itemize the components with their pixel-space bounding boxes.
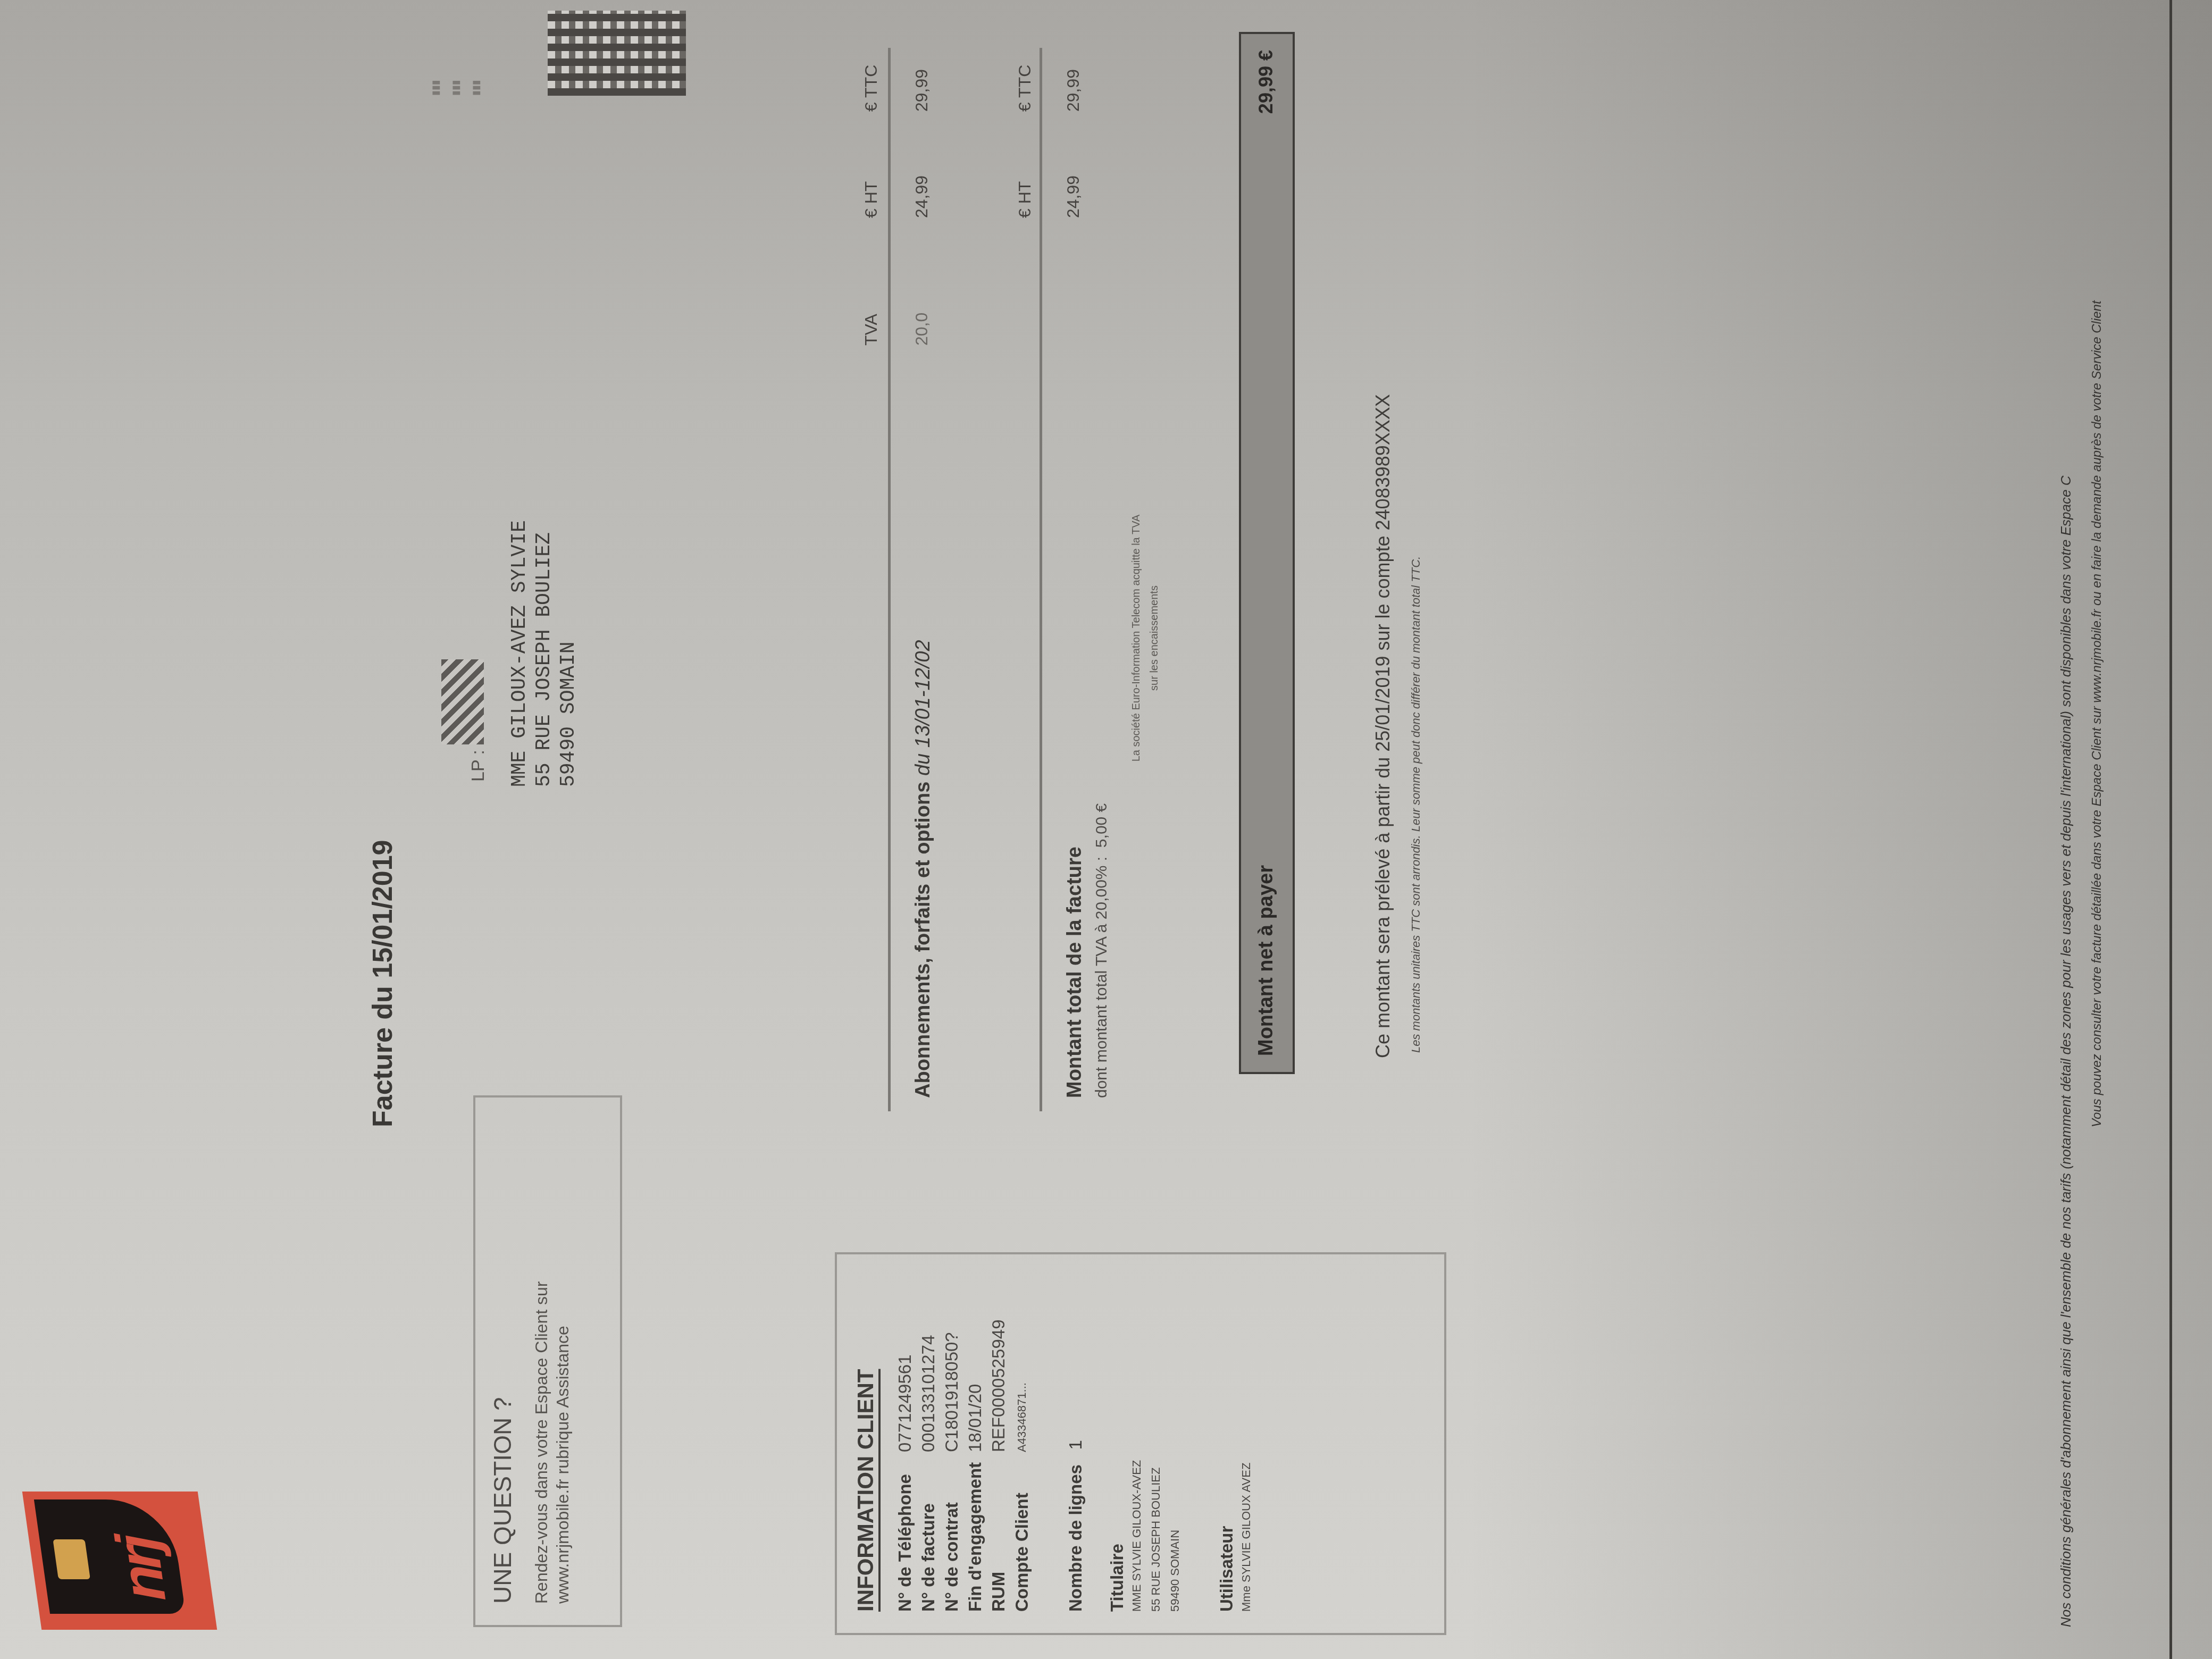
row-label-text: Abonnements, forfaits et options [912,782,934,1098]
question-line-1: Rendez-vous dans votre Espace Client sur [531,1119,552,1604]
field-commitment-end: Fin d'engagement 18/01/20 [963,1276,987,1612]
table-row: Abonnements, forfaits et options du 13/0… [891,48,997,1111]
field-client-account: Compte Client A43346871... [1010,1276,1034,1612]
footer-detail: Vous pouvez consulter votre facture déta… [2090,300,2105,1127]
field-label: N° de facture [917,1452,940,1612]
lines-count-label: Nombre de lignes [1066,1464,1085,1612]
invoice-page: nrj Facture du 15/01/2019 LP : MME GILOU… [0,0,2212,1659]
header-ttc: € TTC [861,65,881,112]
field-phone: N° de Téléphone 0771249561 [893,1276,917,1612]
lp-label: LP : [468,750,489,782]
sim-chip-icon [53,1539,90,1579]
holder-lines: MME SYLVIE GILOUX-AVEZ 55 RUE JOSEPH BOU… [1127,1276,1185,1612]
payment-line: Ce montant sera prélevé à partir du 25/0… [1372,394,1394,1058]
invoice-title: Facture du 15/01/2019 [367,840,399,1127]
vat-note-line: sur les encaissements [1145,447,1163,829]
total-label: Montant total de la facture [1063,847,1086,1098]
user-label: Utilisateur [1217,1276,1237,1612]
question-link[interactable]: www.nrjmobile.fr rubrique Assistance [552,1119,573,1604]
client-info-box: INFORMATION CLIENT N° de Téléphone 07712… [835,1252,1446,1635]
qr-code-icon [548,11,686,96]
total-ttc: 29,99 [1063,69,1083,112]
total-header: € HT € TTC [1002,48,1042,1111]
field-contract-number: N° de contrat C1801918050? [940,1276,963,1612]
table-header: TVA € HT € TTC [845,48,891,1111]
field-label: N° de Téléphone [893,1452,917,1612]
lines-count-value: 1 [1066,1440,1085,1449]
header-tva: TVA [861,314,881,346]
field-value: 000133101274 [917,1335,940,1452]
field-label: Fin d'engagement [963,1452,987,1612]
question-box: UNE QUESTION ? Rendez-vous dans votre Es… [473,1095,622,1627]
row-ht: 24,99 [912,175,932,218]
routing-codes: ▮▮▮▮▮▮▮▮▮ [425,80,486,96]
field-label: N° de contrat [940,1452,963,1612]
holder-line: 55 RUE JOSEPH BOULIEZ [1146,1276,1166,1612]
total-vat-value: 5,00 € [1093,803,1110,848]
row-tva: 20,0 [912,313,932,346]
net-to-pay-amount: 29,99 € [1255,50,1277,114]
nrj-mobile-logo: nrj [22,1492,217,1630]
field-value: C1801918050? [940,1332,963,1452]
vat-note-line: La société Euro-Information Telecom acqu… [1127,447,1145,829]
row-ttc: 29,99 [912,69,932,112]
field-label: RUM [987,1452,1010,1612]
user-value: Mme SYLVIE GILOUX AVEZ [1237,1276,1256,1612]
datamatrix-code-icon [441,659,484,744]
rounding-note: Les montants unitaires TTC sont arrondis… [1409,556,1423,1053]
vat-note: La société Euro-Information Telecom acqu… [1127,447,1163,829]
field-invoice-number: N° de facture 000133101274 [917,1276,940,1612]
field-value: 0771249561 [893,1354,917,1452]
field-label: Compte Client [1010,1452,1034,1612]
field-value: A43346871... [1010,1382,1034,1452]
row-period: du 13/01-12/02 [912,640,934,776]
charges-table: TVA € HT € TTC Abonnements, forfaits et … [845,48,1170,1111]
logo-brand-text: nrj [103,1538,179,1601]
holder-line: MME SYLVIE GILOUX-AVEZ [1127,1276,1146,1612]
row-label: Abonnements, forfaits et options du 13/0… [912,640,935,1098]
footer-terms: Nos conditions générales d'abonnement ai… [2058,476,2074,1628]
lines-count: Nombre de lignes 1 [1066,1276,1086,1612]
field-rum: RUM REF0000525949 [987,1276,1010,1612]
net-to-pay-bar: Montant net à payer 29,99 € [1239,32,1295,1074]
question-heading: UNE QUESTION ? [488,1119,517,1604]
recipient-address: MME GILOUX-AVEZ SYLVIE 55 RUE JOSEPH BOU… [508,520,581,787]
holder-line: 59490 SOMAIN [1166,1276,1185,1612]
total-vat-label: dont montant total TVA à 20,00% : [1093,857,1110,1098]
total-vat-line: dont montant total TVA à 20,00% : 5,00 € [1093,803,1111,1098]
holder-label: Titulaire [1107,1276,1127,1612]
total-ht: 24,99 [1063,175,1083,218]
net-to-pay-label: Montant net à payer [1255,865,1278,1056]
logo-sim-card-icon: nrj [34,1499,186,1614]
client-info-heading: INFORMATION CLIENT [853,1276,878,1612]
field-value: REF0000525949 [987,1319,1010,1452]
header-ht: € HT [1015,181,1035,218]
page-edge-line [2169,0,2172,1659]
field-value: 18/01/20 [963,1384,987,1452]
header-ht: € HT [861,181,881,218]
header-ttc: € TTC [1015,65,1035,112]
